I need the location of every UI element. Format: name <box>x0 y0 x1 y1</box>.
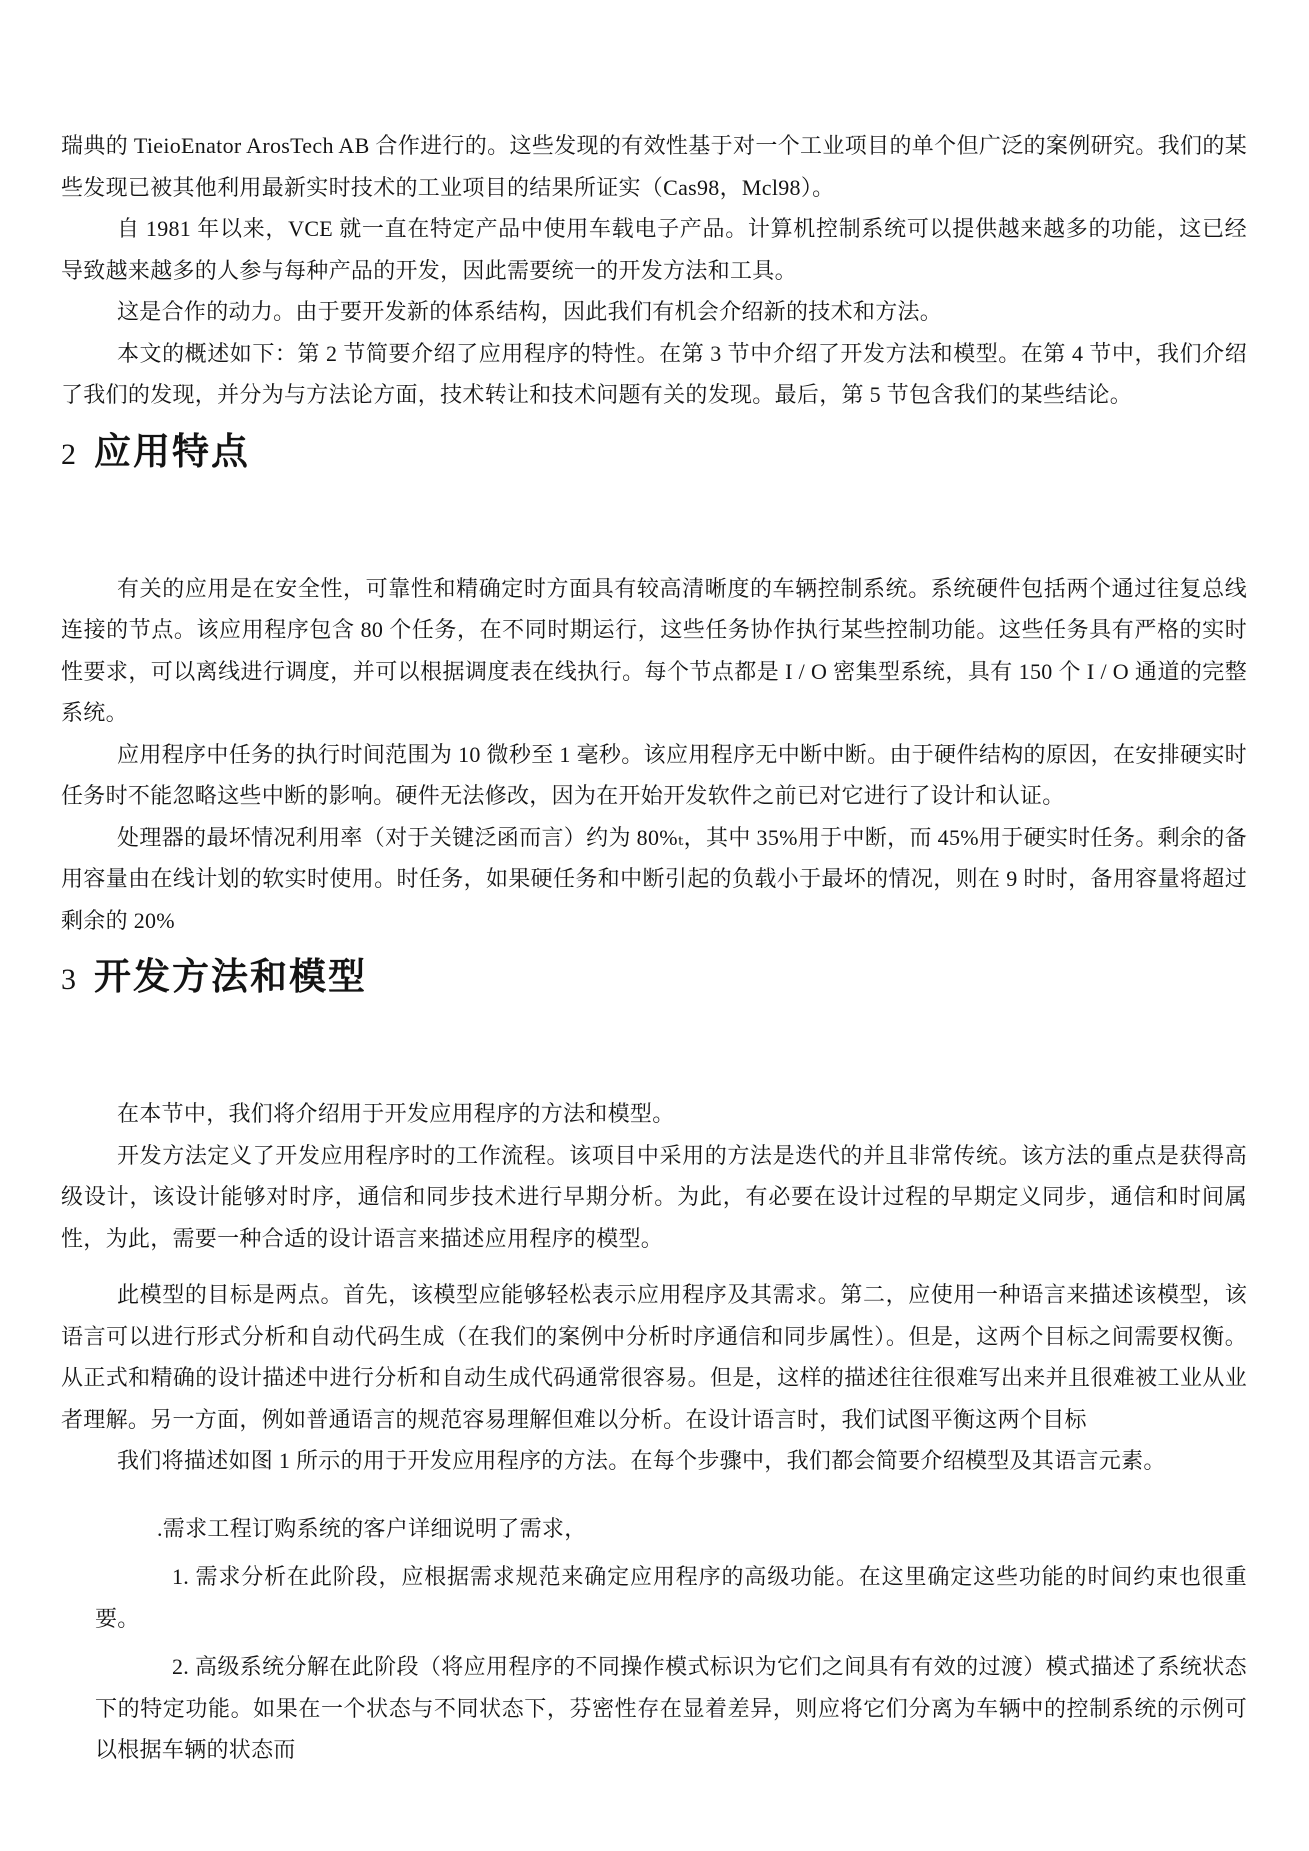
paragraph-continued-from-previous-page: 瑞典的 TieioEnator ArosTech AB 合作进行的。这些发现的有… <box>61 125 1247 208</box>
paragraph: 自 1981 年以来，VCE 就一直在特定产品中使用车载电子产品。计算机控制系统… <box>61 208 1247 291</box>
section-heading-3: 3开发方法和模型 <box>61 949 1247 1009</box>
list-item-system-decomposition: 2. 高级系统分解在此阶段（将应用程序的不同操作模式标识为它们之间具有有效的过渡… <box>95 1646 1247 1771</box>
section-number: 3 <box>61 963 76 996</box>
list-item-requirements-engineering: .需求工程订购系统的客户详细说明了需求， <box>95 1508 1247 1550</box>
paragraph: 本文的概述如下：第 2 节简要介绍了应用程序的特性。在第 3 节中介绍了开发方法… <box>61 333 1247 416</box>
section-number: 2 <box>61 438 76 471</box>
paragraph: 开发方法定义了开发应用程序时的工作流程。该项目中采用的方法是迭代的并且非常传统。… <box>61 1135 1247 1260</box>
section-title: 应用特点 <box>94 432 250 473</box>
document-content: 瑞典的 TieioEnator ArosTech AB 合作进行的。这些发现的有… <box>61 125 1247 1771</box>
paragraph: 这是合作的动力。由于要开发新的体系结构，因此我们有机会介绍新的技术和方法。 <box>61 291 1247 333</box>
paragraph: 此模型的目标是两点。首先，该模型应能够轻松表示应用程序及其需求。第二，应使用一种… <box>61 1274 1247 1440</box>
paragraph: 处理器的最坏情况利用率（对于关键泛函而言）约为 80%ₜ，其中 35%用于中断，… <box>61 817 1247 942</box>
section-title: 开发方法和模型 <box>94 957 367 998</box>
paragraph: 我们将描述如图 1 所示的用于开发应用程序的方法。在每个步骤中，我们都会简要介绍… <box>61 1440 1247 1482</box>
list-item-requirements-analysis: 1. 需求分析在此阶段，应根据需求规范来确定应用程序的高级功能。在这里确定这些功… <box>95 1556 1247 1639</box>
section-heading-2: 2应用特点 <box>61 424 1247 484</box>
paragraph: 在本节中，我们将介绍用于开发应用程序的方法和模型。 <box>61 1093 1247 1135</box>
paragraph: 应用程序中任务的执行时间范围为 10 微秒至 1 毫秒。该应用程序无中断中断。由… <box>61 734 1247 817</box>
paragraph: 有关的应用是在安全性，可靠性和精确定时方面具有较高清晰度的车辆控制系统。系统硬件… <box>61 568 1247 734</box>
document-page: 瑞典的 TieioEnator ArosTech AB 合作进行的。这些发现的有… <box>0 0 1309 1851</box>
